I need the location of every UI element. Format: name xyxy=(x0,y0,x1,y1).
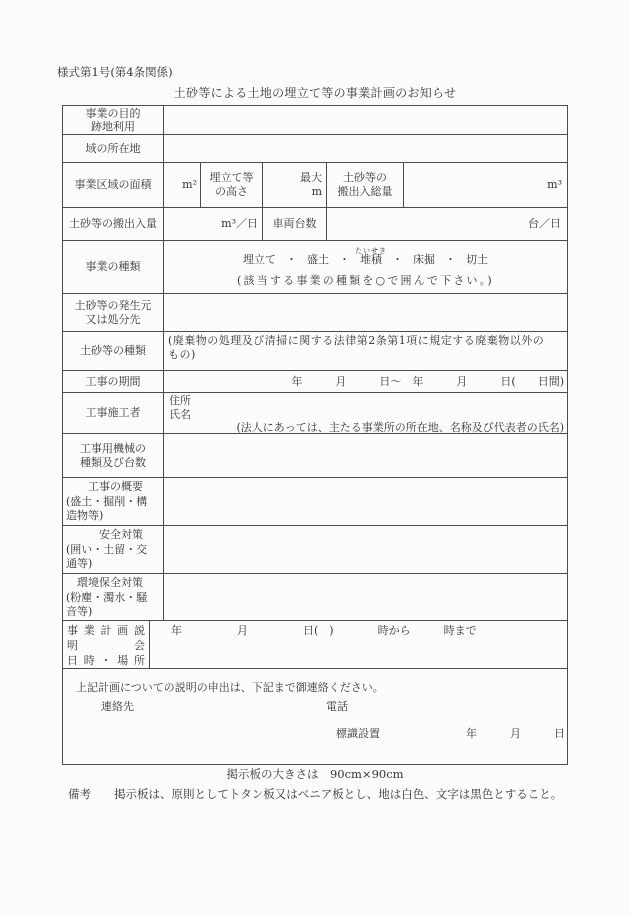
construction-period-value: 年 月 日～ 年 月 日( 日間) xyxy=(164,371,567,392)
type-option-tokobori: 床掘 xyxy=(413,253,435,267)
type-separator: ・ xyxy=(445,253,456,267)
vehicle-count-unit-cell: 台／日 xyxy=(327,208,567,240)
sign-setup-label: 標識設置 xyxy=(336,727,380,741)
phone-label: 電話 xyxy=(326,700,348,714)
area-unit: m² xyxy=(164,163,201,207)
fill-height-label: 埋立て等 の高さ xyxy=(201,163,263,207)
row-soil-source: 土砂等の発生元 又は処分先 xyxy=(63,294,567,332)
outline-input-cell xyxy=(164,478,567,525)
soil-kind-note: (廃棄物の処理及び清掃に関する法律第2条第1項に規定する廃棄物以外の もの) xyxy=(164,332,567,370)
total-volume-unit-cell: m³ xyxy=(404,163,567,207)
business-type-label: 事業の種類 xyxy=(63,241,164,293)
ruby-taiseki: たいせき xyxy=(355,244,387,258)
location-label: 域の所在地 xyxy=(63,135,164,162)
row-environment: 環境保全対策 (粉塵・濁水・騒 音等) xyxy=(63,574,567,621)
board-size-note: 掲示板の大きさは 90cm×90cm xyxy=(0,766,630,782)
type-separator: ・ xyxy=(339,253,350,267)
form-table: 事業の目的 跡地利用 域の所在地 事業区域の面積 m² 埋立て等 の高さ 最大 … xyxy=(62,105,568,765)
page-title: 土砂等による土地の埋立て等の事業計画のお知らせ xyxy=(0,84,630,101)
row-business-type: 事業の種類 埋立て ・ 盛土 ・ たいせき堆積 ・ 床掘 ・ 切土 (該当する事… xyxy=(63,241,567,294)
vehicle-count-label: 車両台数 xyxy=(263,208,327,240)
contractor-note: (法人にあっては、主たる事業所の所在地、名称及び代表者の氏名) xyxy=(169,421,564,433)
soil-kind-label: 土砂等の種類 xyxy=(63,332,164,370)
row-contact-box: 上記計画についての説明の申出は、下記まで御連絡ください。 連絡先 電話 標識設置… xyxy=(63,669,567,766)
row-location: 域の所在地 xyxy=(63,135,567,163)
daily-volume-label: 土砂等の搬出入量 xyxy=(63,208,164,240)
row-contractor: 工事施工者 住所 氏名 (法人にあっては、主たる事業所の所在地、名称及び代表者の… xyxy=(63,393,567,434)
purpose-label: 事業の目的 跡地利用 xyxy=(63,106,164,134)
safety-input-cell xyxy=(164,526,567,573)
outline-label: 工事の概要 (盛土・掘削・構 造物等) xyxy=(63,478,164,525)
row-daily-volume: 土砂等の搬出入量 m³／日 車両台数 台／日 xyxy=(63,208,567,241)
business-type-options: 埋立て ・ 盛土 ・ たいせき堆積 ・ 床掘 ・ 切土 (該当する事業の種類を○… xyxy=(164,241,567,293)
construction-period-label: 工事の期間 xyxy=(63,371,164,392)
contractor-input-cell: 住所 氏名 (法人にあっては、主たる事業所の所在地、名称及び代表者の氏名) xyxy=(164,393,567,433)
row-briefing: 事業計画説 明 会 日時・場所 年 月 日( ) 時から 時まで xyxy=(63,621,567,669)
contractor-label: 工事施工者 xyxy=(63,393,164,433)
contact-instruction: 上記計画についての説明の申出は、下記まで御連絡ください。 xyxy=(76,681,384,695)
soil-source-input-cell xyxy=(164,294,567,331)
type-separator: ・ xyxy=(286,253,297,267)
location-input-cell xyxy=(164,135,567,162)
contact-label: 連絡先 xyxy=(101,700,134,714)
machinery-label: 工事用機械の 種類及び台数 xyxy=(63,434,164,477)
max-height-unit: 最大 m xyxy=(263,163,327,207)
type-option-taiseki: たいせき堆積 xyxy=(360,253,382,267)
briefing-label: 事業計画説 明 会 日時・場所 xyxy=(63,621,150,668)
row-area: 事業区域の面積 m² 埋立て等 の高さ 最大 m 土砂等の 搬出入総量 m³ xyxy=(63,163,567,208)
type-option-kirido: 切土 xyxy=(466,253,488,267)
row-purpose: 事業の目的 跡地利用 xyxy=(63,106,567,135)
row-safety: 安全対策 (囲い・土留・交 通等) xyxy=(63,526,567,574)
safety-label: 安全対策 (囲い・土留・交 通等) xyxy=(63,526,164,573)
form-number: 様式第1号(第4条関係) xyxy=(57,64,173,80)
purpose-input-cell xyxy=(164,106,567,134)
type-option-umetate: 埋立て xyxy=(243,253,276,267)
area-label: 事業区域の面積 xyxy=(63,163,164,207)
type-option-morido: 盛土 xyxy=(307,253,329,267)
briefing-value: 年 月 日( ) 時から 時まで xyxy=(150,621,567,668)
type-separator: ・ xyxy=(392,253,403,267)
business-type-note: (該当する事業の種類を○で囲んで下さい。) xyxy=(237,274,494,288)
contractor-fields: 住所 氏名 xyxy=(169,394,564,421)
environment-label: 環境保全対策 (粉塵・濁水・騒 音等) xyxy=(63,574,164,620)
row-machinery: 工事用機械の 種類及び台数 xyxy=(63,434,567,478)
row-soil-kind: 土砂等の種類 (廃棄物の処理及び清掃に関する法律第2条第1項に規定する廃棄物以外… xyxy=(63,332,567,371)
sign-setup-date: 年 月 日 xyxy=(466,727,565,741)
environment-input-cell xyxy=(164,574,567,620)
soil-source-label: 土砂等の発生元 又は処分先 xyxy=(63,294,164,331)
row-construction-period: 工事の期間 年 月 日～ 年 月 日( 日間) xyxy=(63,371,567,393)
row-outline: 工事の概要 (盛土・掘削・構 造物等) xyxy=(63,478,567,526)
contact-box: 上記計画についての説明の申出は、下記まで御連絡ください。 連絡先 電話 標識設置… xyxy=(63,669,567,766)
daily-volume-unit-cell: m³／日 xyxy=(164,208,263,240)
remark-note: 備考 掲示板は、原則としてトタン板又はベニア板とし、地は白色、文字は黒色とするこ… xyxy=(68,786,562,802)
machinery-input-cell xyxy=(164,434,567,477)
total-volume-label: 土砂等の 搬出入総量 xyxy=(327,163,404,207)
